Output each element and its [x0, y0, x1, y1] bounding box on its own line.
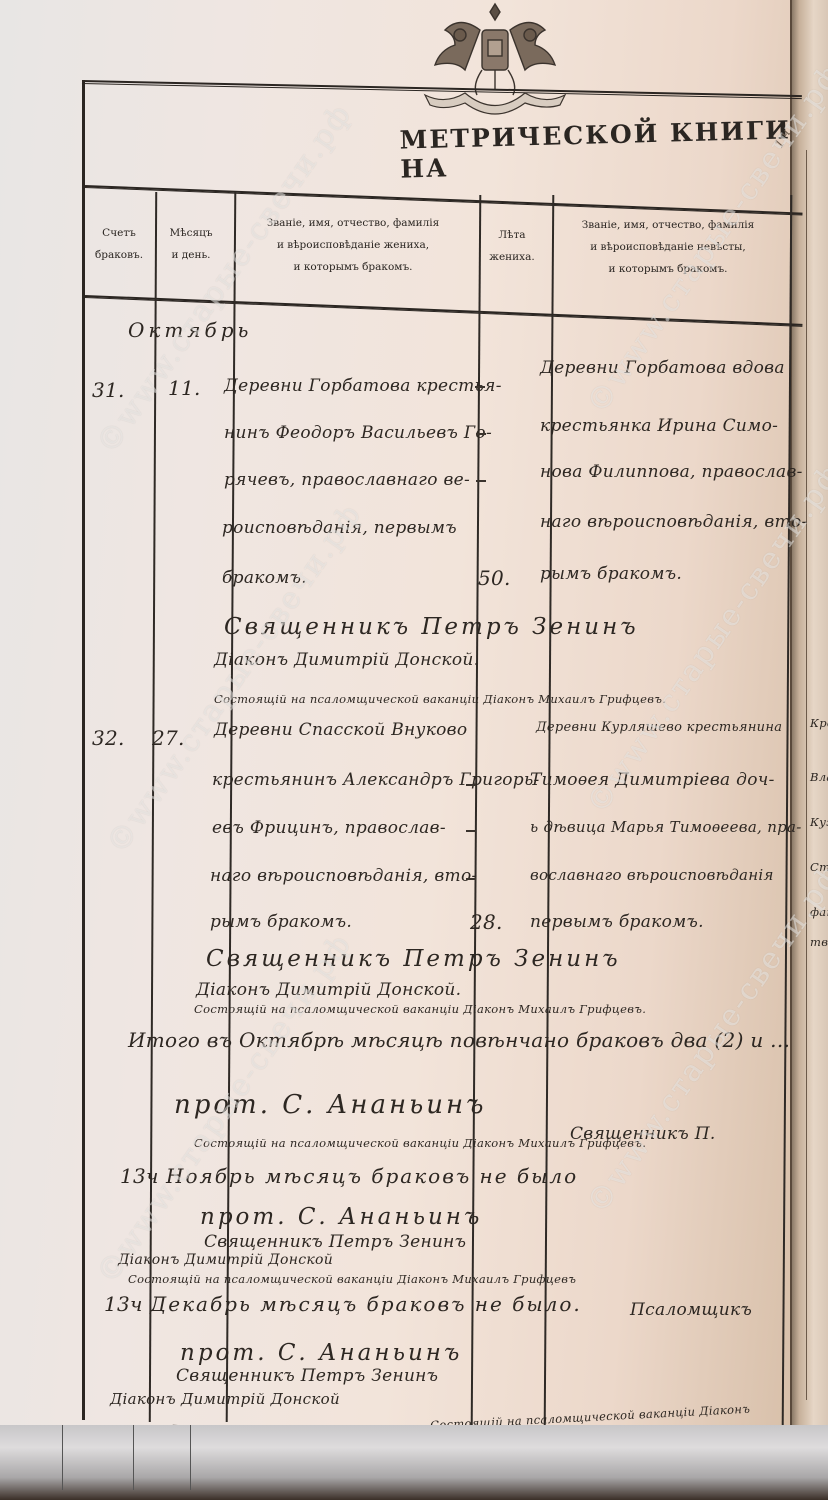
right-page-fragment: Крес	[810, 716, 828, 730]
signature-archpriest: прот. С. Ананьинъ	[174, 1090, 486, 1120]
bride-line: вославнаго вѣроисповѣданія	[530, 866, 774, 884]
column-header-bride: Званіе, имя, отчество, фамилія и вѣроисп…	[552, 214, 784, 280]
right-page-fragment: Кузь	[810, 815, 828, 829]
signature-priest: Священникъ Петръ Зенинъ	[224, 614, 639, 640]
summary-extra: Псаломщикъ	[630, 1300, 752, 1320]
bride-line: рымъ бракомъ.	[540, 564, 682, 584]
right-page-fragment: Стан	[810, 860, 828, 874]
column-header-groom-age: Лѣта жениха.	[478, 224, 546, 268]
bride-line: ь дѣвица Марья Тимоѳеева, пра-	[530, 818, 802, 836]
signature-archpriest: прот. С. Ананьинъ	[180, 1340, 462, 1366]
signature-deacon: Діаконъ Димитрій Донской.	[196, 980, 461, 1000]
groom-line: нинъ Феодоръ Васильевъ Го-	[224, 423, 492, 443]
summary-december: Декабрь мѣсяцъ браковъ не было.	[150, 1292, 582, 1316]
bride-line: первымъ бракомъ.	[530, 912, 704, 932]
right-page-fragment: Влас	[810, 770, 828, 784]
signature-priest: Священникъ Петръ Зенинъ	[206, 946, 621, 972]
bride-line: наго вѣроисповѣданія, вто-	[540, 512, 808, 532]
groom-line: евъ Фрицинъ, православ-	[212, 818, 446, 838]
column-header-marriage-count: Счетъ браковъ.	[88, 222, 150, 266]
entry-day: 27.	[152, 726, 185, 750]
right-page-fragment: фанд	[810, 905, 828, 919]
signature-psalmist: Состоящій на псаломщической ваканціи Діа…	[128, 1272, 576, 1286]
groom-line: Деревни Спасской Внуково	[214, 720, 467, 740]
bride-line: Деревни Курляшево крестьянина	[536, 720, 782, 735]
summary-prefix: 13ч	[120, 1164, 159, 1188]
signature-psalmist: Состоящій на псаломщической ваканціи Діа…	[194, 1136, 646, 1150]
groom-line: рячевъ, православнаго ве-	[224, 470, 470, 490]
groom-line: наго вѣроисповѣданія, вто-	[210, 866, 478, 886]
entry-day: 11.	[168, 376, 201, 400]
page-title: МЕТРИЧЕСКОЙ КНИГИ НА	[399, 114, 828, 183]
summary-prefix: 13ч	[104, 1292, 143, 1316]
groom-age: 50.	[478, 566, 511, 590]
signature-archpriest: прот. С. Ананьинъ	[200, 1204, 482, 1230]
groom-line: роисповѣданія, первымъ	[222, 518, 457, 538]
month-heading: Октябрь	[128, 318, 252, 342]
groom-line: бракомъ.	[222, 568, 307, 588]
signature-psalmist: Состоящій на псаломщической ваканціи Діа…	[194, 1002, 646, 1016]
signature-priest: Священникъ Петръ Зенинъ	[176, 1366, 438, 1386]
summary-november: Ноябрь мѣсяцъ браковъ не было	[166, 1164, 578, 1188]
signature-psalmist: Состоящій на псаломщической ваканціи Діа…	[214, 692, 666, 706]
right-page-fragment: твер	[810, 935, 828, 949]
signature-deacon: Діаконъ Димитрій Донской	[118, 1252, 333, 1268]
bride-line: Тимоѳея Димитріева доч-	[530, 770, 775, 790]
bride-line: Деревни Горбатова вдова	[540, 358, 785, 378]
column-header-month-day: Мѣсяцъ и день.	[154, 222, 228, 266]
entry-number: 32.	[92, 726, 125, 750]
summary-october: Итого въ Октябрѣ мѣсяцѣ повѣнчано браков…	[128, 1028, 790, 1052]
entry-number: 31.	[92, 378, 125, 402]
bride-line: крестьянка Ирина Симо-	[540, 416, 778, 436]
underlying-page	[0, 1425, 828, 1500]
signature-deacon: Діаконъ Димитрій Донской.	[214, 650, 479, 670]
groom-age: 28.	[470, 910, 503, 934]
signature-deacon: Діаконъ Димитрій Донской	[110, 1390, 340, 1408]
groom-line: крестьянинъ Александръ Григорь-	[212, 770, 540, 790]
bride-line: нова Филиппова, православ-	[540, 462, 803, 482]
column-header-groom: Званіе, имя, отчество, фамилія и вѣроисп…	[234, 212, 472, 278]
groom-line: Деревни Горбатова крестья-	[224, 376, 502, 396]
groom-line: рымъ бракомъ.	[210, 912, 352, 932]
signature-priest: Священникъ Петръ Зенинъ	[204, 1232, 466, 1252]
